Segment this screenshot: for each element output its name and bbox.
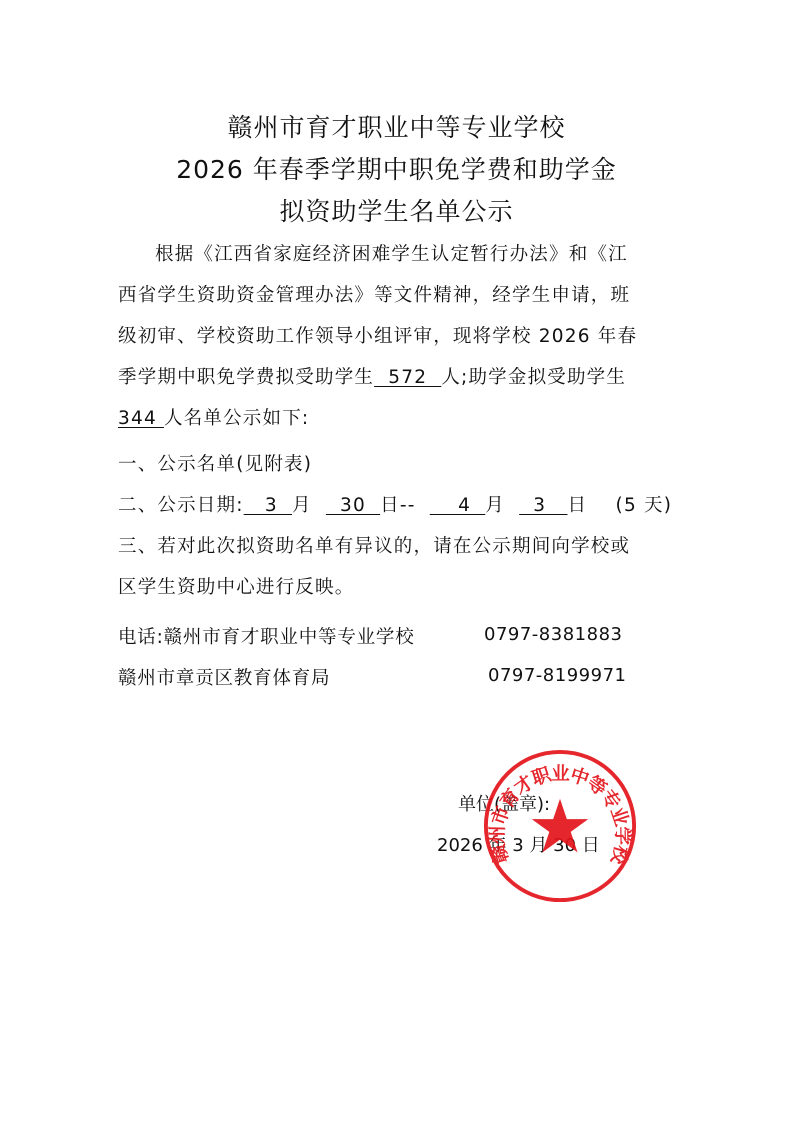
paragraph-line-2: 西省学生资助资金管理办法》等文件精神，经学生申请，班 xyxy=(118,281,630,307)
item-objection-line-2: 区学生资助中心进行反映。 xyxy=(118,573,354,599)
star-icon xyxy=(532,799,589,853)
month-label: 月 xyxy=(485,495,505,516)
duration: (5 天) xyxy=(616,495,673,516)
start-month: 3 xyxy=(244,495,292,516)
end-day: 3 xyxy=(519,495,567,516)
grant-text: 人;助学金拟受助学生 xyxy=(441,367,626,388)
item-list: 一、公示名单(见附表) xyxy=(118,450,312,476)
day-label: 日 xyxy=(568,495,588,516)
grant-count: 344 xyxy=(118,408,164,429)
contact-school-label: 电话:赣州市育才职业中等专业学校 xyxy=(118,623,415,649)
paragraph-line-3: 级初审、学校资助工作领导小组评审，现将学校 2026 年春 xyxy=(118,322,637,348)
notice-title-line3: 拟资助学生名单公示 xyxy=(0,192,793,228)
official-seal-stamp: 赣州市育才职业中等专业学校 xyxy=(482,748,638,904)
month-label: 月 xyxy=(292,495,312,516)
end-month: 4 xyxy=(430,495,485,516)
paragraph-line-1: 根据《江西省家庭经济困难学生认定暂行办法》和《江 xyxy=(155,240,628,266)
contact-bureau-label: 赣州市章贡区教育体育局 xyxy=(118,664,330,690)
notice-title-line2: 2026 年春季学期中职免学费和助学金 xyxy=(0,150,793,186)
item-objection-line-1: 三、若对此次拟资助名单有异议的，请在公示期间向学校或 xyxy=(118,532,630,558)
item-dates: 二、公示日期: 3 月 30 日-- 4 月 3 日 (5 天) xyxy=(118,491,672,517)
paragraph-line-5: 344 人名单公示如下: xyxy=(118,404,309,430)
dates-label: 二、公示日期: xyxy=(118,495,244,516)
tuition-count: 572 xyxy=(374,367,441,388)
contact-bureau-phone: 0797-8199971 xyxy=(488,665,626,686)
start-day: 30 xyxy=(326,495,380,516)
list-intro: 人名单公示如下: xyxy=(164,408,309,429)
day-separator: 日-- xyxy=(380,495,415,516)
contact-school-phone: 0797-8381883 xyxy=(484,624,622,645)
tuition-text: 季学期中职免学费拟受助学生 xyxy=(118,367,374,388)
paragraph-line-4: 季学期中职免学费拟受助学生 572 人;助学金拟受助学生 xyxy=(118,363,626,389)
school-name-title: 赣州市育才职业中等专业学校 xyxy=(0,108,793,144)
